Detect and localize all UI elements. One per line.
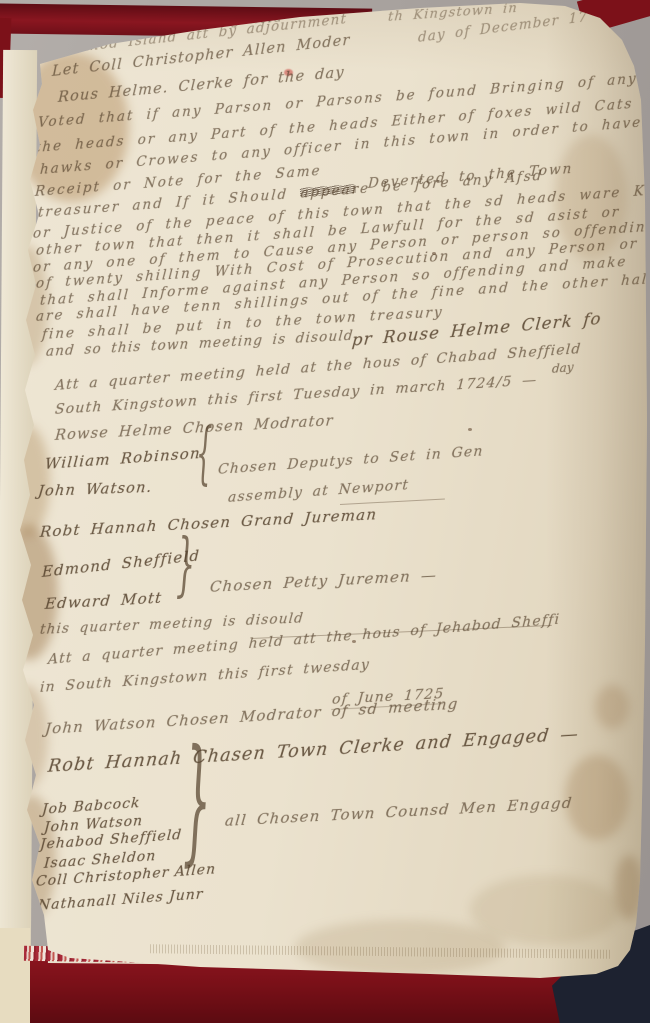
page-edges-bottom-left — [0, 928, 30, 1023]
photo-of-manuscript-book: At a town meeting held th Kingstown in o… — [0, 0, 650, 1023]
page-gutter-shading — [0, 0, 650, 1023]
manuscript-page: At a town meeting held th Kingstown in o… — [0, 0, 650, 1023]
